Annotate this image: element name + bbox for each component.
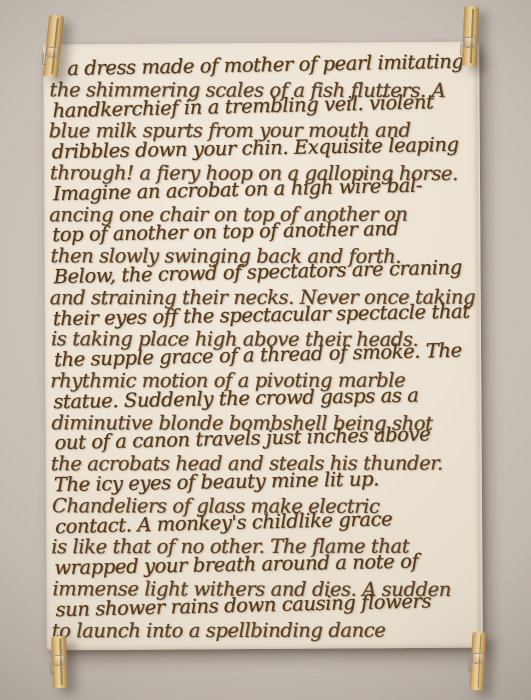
manuscript-line: The icy eyes of beauty mine lit up.: [54, 467, 480, 496]
manuscript-line: statue. Suddenly the crowd gasps as a: [53, 384, 479, 413]
manuscript-paper: a dress made of mother of pearl imitatin…: [43, 42, 483, 651]
clothespin-top-right: [462, 6, 480, 67]
clothespin-spring: [472, 653, 485, 665]
manuscript-line: dribbles down your chin. Exquisite leapi…: [52, 135, 478, 164]
manuscript-line: top of another on top of another and: [52, 218, 478, 247]
manuscript-line: to launch into a spellbinding dance: [52, 620, 478, 642]
clothespin-spring: [46, 47, 59, 59]
manuscript-line: their eyes off the spectacular spectacle…: [53, 301, 479, 330]
manuscript-text: a dress made of mother of pearl imitatin…: [51, 57, 481, 642]
clothespin-bottom-left: [51, 636, 68, 688]
manuscript-line: a dress made of mother of pearl imitatin…: [51, 51, 477, 80]
clothespin-bottom-right: [469, 632, 486, 691]
photo-scene: a dress made of mother of pearl imitatin…: [0, 0, 531, 700]
clothespin-spring: [463, 37, 475, 49]
manuscript-line: wrapped your breath around a note of: [54, 551, 480, 580]
clothespin-spring: [53, 655, 65, 666]
